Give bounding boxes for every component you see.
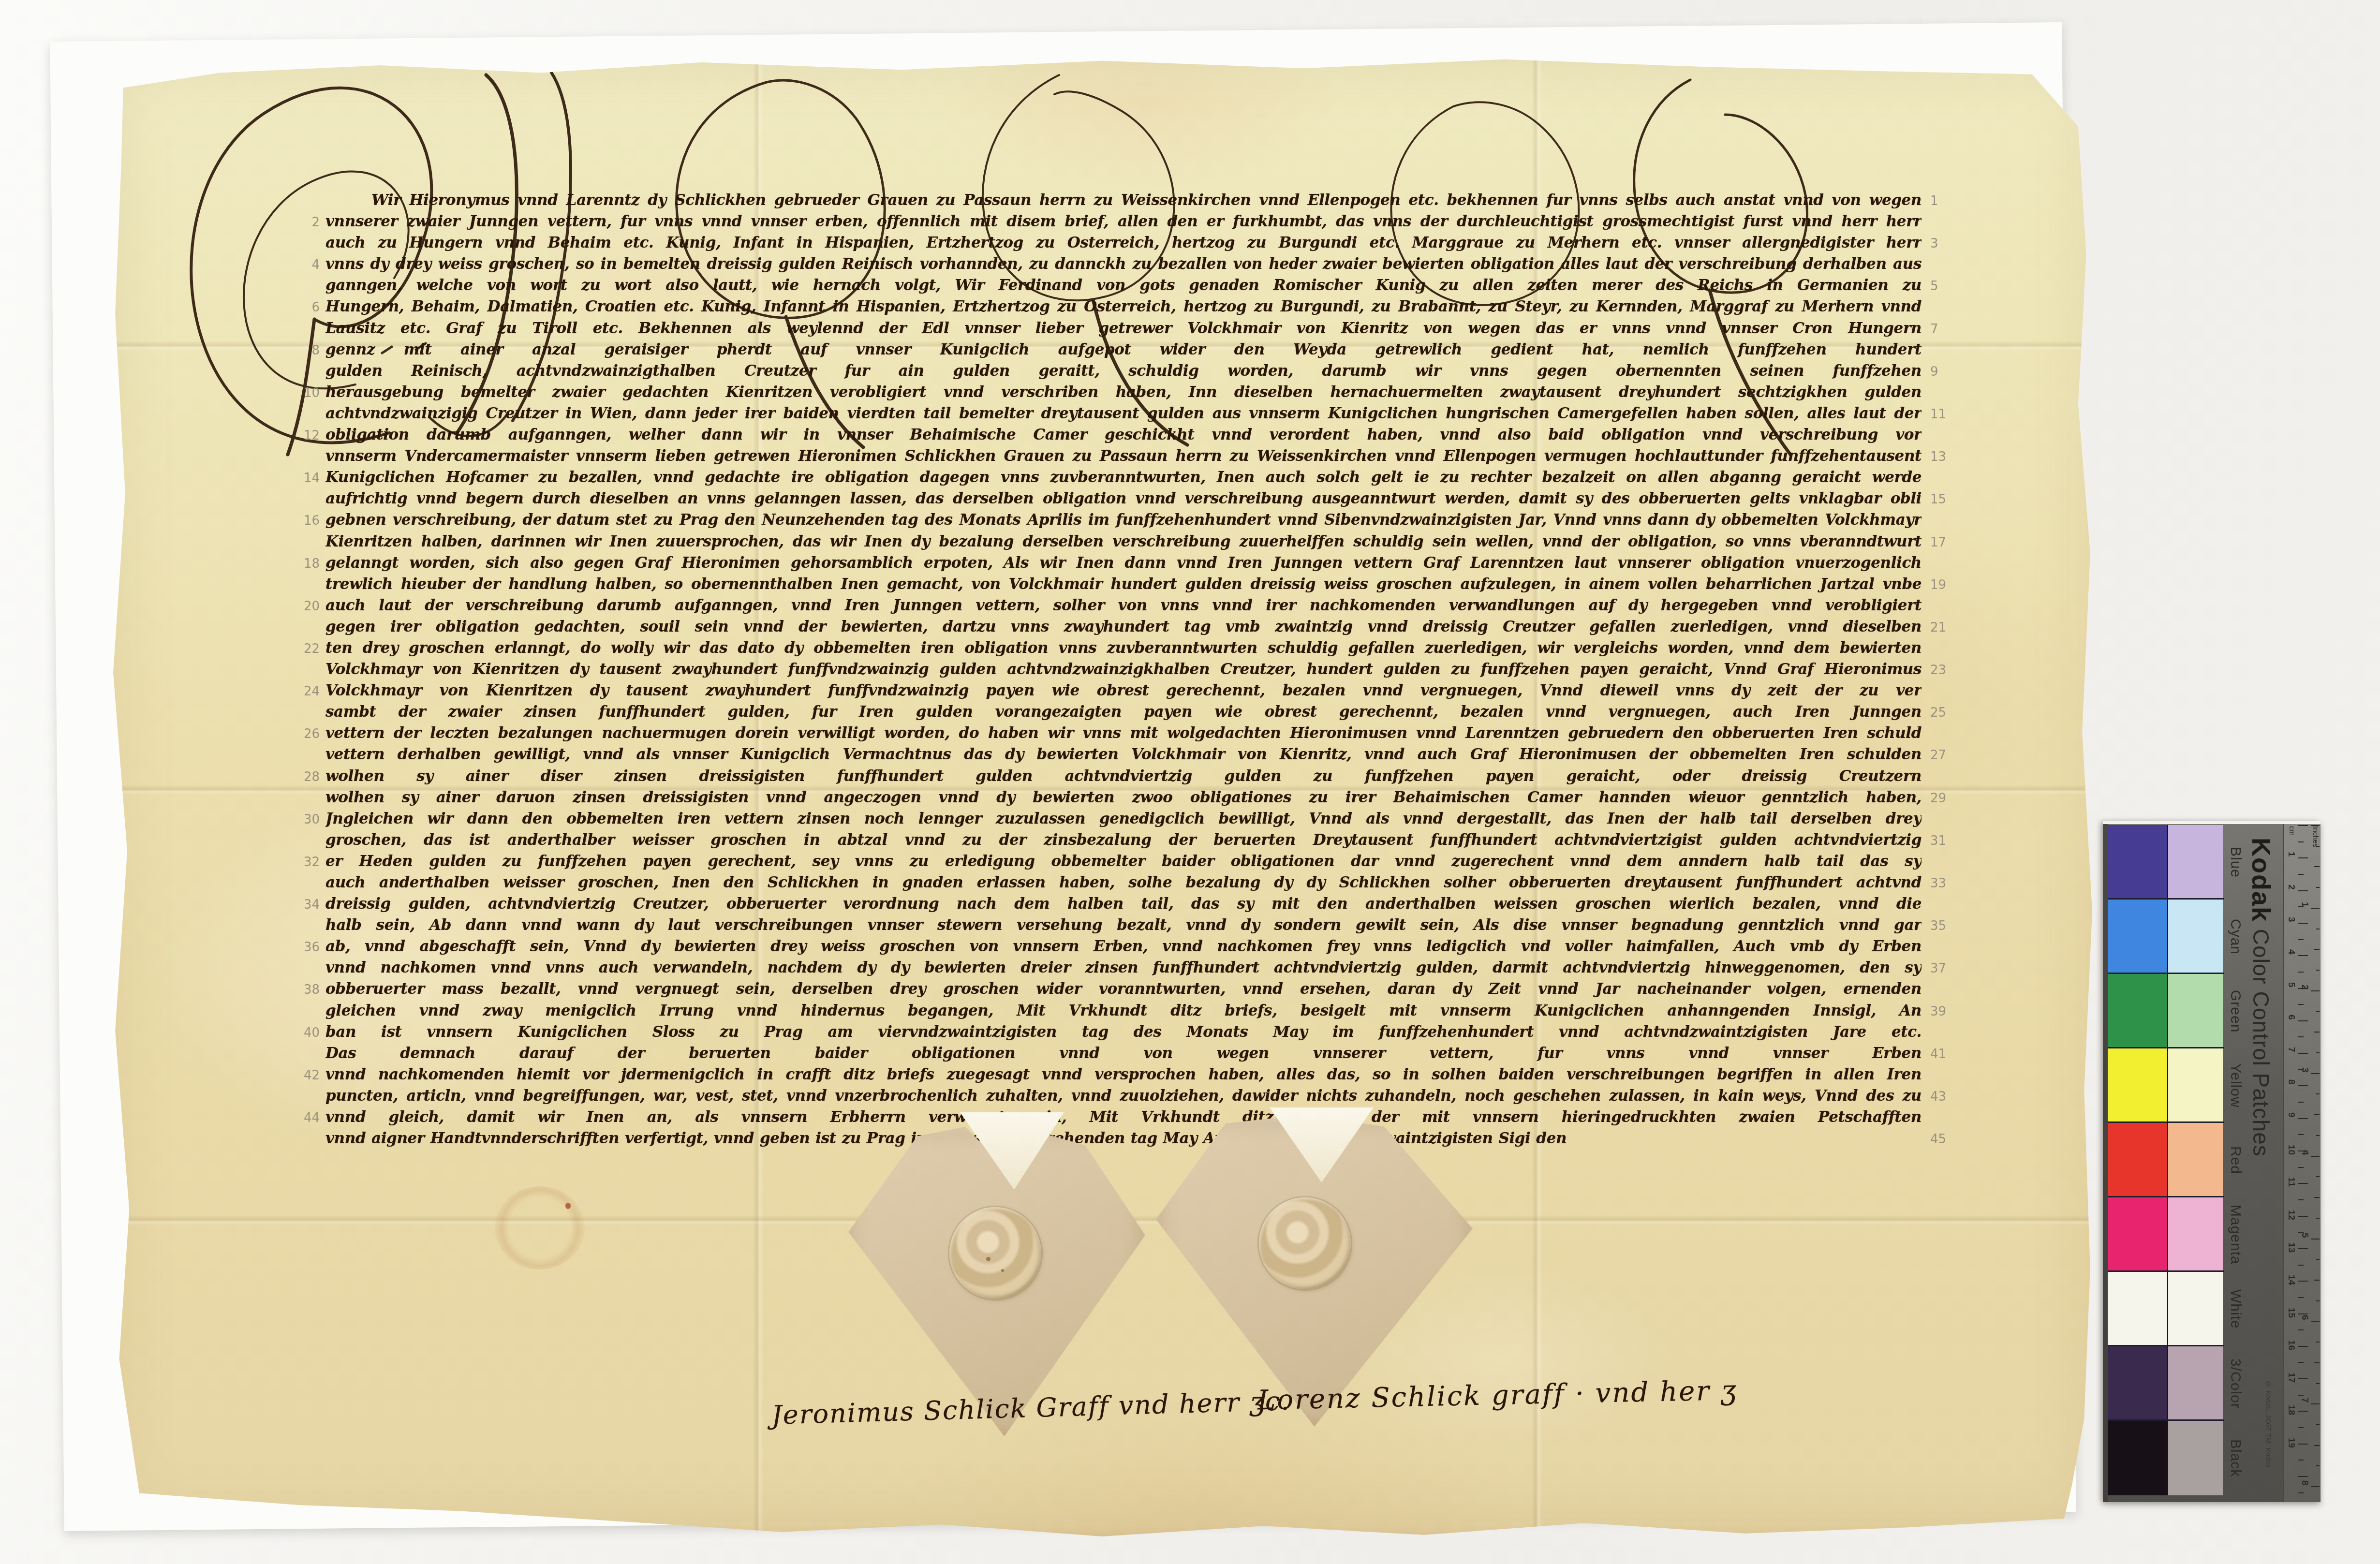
line-number-right: 5 <box>1922 279 1975 294</box>
line-number-right: 29 <box>1922 791 1975 806</box>
ruler-tick-cm <box>2298 1134 2304 1135</box>
manuscript-line: vnnd aigner Handtvnnderschrifften verfer… <box>296 1128 1975 1149</box>
manuscript-line-text: Das demnach darauf der beruerten baider … <box>325 1042 1922 1064</box>
manuscript-line-text: gegen irer obligation gedachten, souil s… <box>325 616 1922 638</box>
line-number-left: 26 <box>296 727 325 741</box>
line-number-left: 32 <box>296 855 325 870</box>
manuscript-line: 28wolhen sy ainer diser zinsen dreissigi… <box>296 766 1975 787</box>
manuscript-line-text: vnnd nachkomen vnnd vnns auch verwandeln… <box>325 957 1922 979</box>
line-number-left: 40 <box>296 1026 325 1040</box>
ruler-tick-cm <box>2298 1411 2308 1412</box>
line-number-right: 41 <box>1922 1047 1975 1062</box>
color-patch-tint-3/color <box>2168 1346 2223 1419</box>
manuscript-line: 20auch laut der verschreibung darumb auf… <box>296 595 1975 616</box>
ruler-tick-cm <box>2298 1118 2308 1119</box>
manuscript-line: Kienritzen halben, darinnen wir Inen zuu… <box>296 531 1975 552</box>
ruler-tick-cm <box>2298 1167 2304 1168</box>
manuscript-line-text: aufrichtig vnnd begern durch dieselben a… <box>325 487 1922 510</box>
line-number-right: 39 <box>1922 1004 1975 1019</box>
manuscript-line: 4vnns dy drey weiss groschen, so in beme… <box>296 253 1975 275</box>
ruler-number-inch: 3 <box>2299 1067 2310 1073</box>
manuscript-line-text: Kunigclichen Hofcamer zu bezallen, vnnd … <box>325 466 1922 488</box>
ruler-number-cm: 17 <box>2286 1372 2296 1383</box>
patch-label: Blue <box>2226 825 2245 900</box>
ruler-tick-cm <box>2298 1313 2308 1314</box>
line-number-left: 34 <box>296 898 325 912</box>
color-patch-yellow <box>2108 1048 2168 1121</box>
ruler-tick-cm <box>2298 1460 2304 1461</box>
ruler-tick-inch <box>2316 1465 2320 1466</box>
manuscript-line-text: Kienritzen halben, darinnen wir Inen zuu… <box>325 531 1922 553</box>
manuscript-line-text: auch anderthalben weisser groschen, Inen… <box>325 871 1922 894</box>
ruler-tick-cm <box>2298 1427 2304 1428</box>
kodak-logo: Kodak <box>2247 838 2276 922</box>
ruler-tick-inch <box>2316 1218 2320 1219</box>
ruler-tick-cm <box>2298 825 2308 826</box>
manuscript-line: 36ab, vnnd abgeschafft sein, Vnnd dy bew… <box>296 936 1975 957</box>
ruler-tick-cm <box>2298 1248 2308 1249</box>
ruler-tick-inch <box>2316 970 2320 971</box>
ruler-number-cm: 9 <box>2286 1112 2296 1118</box>
manuscript-line: trewlich hieuber der handlung halben, so… <box>296 574 1975 595</box>
color-patch-tint-cyan <box>2168 900 2223 973</box>
manuscript-text-block: Wir Hieronymus vnnd Larenntz dy Schlickh… <box>296 190 1975 1149</box>
ruler-tick-inch <box>2314 1280 2320 1281</box>
line-number-left: 30 <box>296 812 325 827</box>
line-number-left: 20 <box>296 599 325 614</box>
manuscript-line-text: trewlich hieuber der handlung halben, so… <box>325 573 1922 595</box>
manuscript-line-text: halb sein, Ab dann vnnd wann dy laut ver… <box>325 914 1922 936</box>
manuscript-line: sambt der zwaier zinsen funffhundert gul… <box>296 701 1975 723</box>
manuscript-line-text: Wir Hieronymus vnnd Larenntz dy Schlickh… <box>325 189 1922 211</box>
color-patch-row <box>2108 1048 2224 1123</box>
ruler-number-cm: 16 <box>2286 1340 2296 1350</box>
color-patch-row <box>2108 1123 2224 1197</box>
manuscript-line-text: wolhen sy ainer daruon zinsen dreissigis… <box>325 786 1922 809</box>
ruler-tick-cm <box>2298 1395 2304 1396</box>
ruler-number-cm: 8 <box>2286 1079 2296 1085</box>
line-number-right: 11 <box>1922 407 1975 422</box>
manuscript-line: halb sein, Ab dann vnnd wann dy laut ver… <box>296 915 1975 936</box>
color-patch-row <box>2108 974 2224 1048</box>
line-number-left: 24 <box>296 684 325 699</box>
color-patch-3/color <box>2108 1346 2168 1419</box>
manuscript-line: vettern derhalben gewilligt, vnnd als vn… <box>296 744 1975 765</box>
ruler-tick-cm <box>2298 1102 2304 1103</box>
ruler-tick-cm <box>2298 1199 2304 1200</box>
manuscript-line-text: ganngen, welche von wort zu wort also la… <box>325 274 1922 296</box>
line-number-right: 43 <box>1922 1090 1975 1104</box>
ruler-tick-inch <box>2311 1321 2320 1322</box>
ruler-tick-cm <box>2298 1476 2308 1477</box>
line-number-left: 2 <box>296 215 325 230</box>
manuscript-line-text: gebnen verschreibung, der datum stet zu … <box>325 509 1922 531</box>
color-patch-row <box>2108 900 2224 974</box>
ruler-number-cm: 18 <box>2286 1405 2296 1415</box>
line-number-right: 21 <box>1922 620 1975 635</box>
ruler-tick-inch <box>2314 1114 2320 1115</box>
manuscript-line: 8gennz mit ainer anzal geraisiger pherdt… <box>296 339 1975 360</box>
manuscript-line-text: obberuerter mass bezallt, vnnd vergnuegt… <box>325 978 1922 1001</box>
ruler-tick-inch <box>2316 1383 2320 1384</box>
ruler-number-inch: 6 <box>2299 1315 2310 1320</box>
manuscript-line: groschen, das ist anderthalber weisser g… <box>296 829 1975 851</box>
ruler-tick-cm <box>2298 923 2308 924</box>
ruler-number-inch: 7 <box>2299 1398 2310 1403</box>
ruler-number-cm: 13 <box>2286 1242 2296 1253</box>
manuscript-line-text: Volckhmayr von Kienritzen dy tausent zwa… <box>325 679 1922 702</box>
manuscript-line: 34dreissig gulden, achtvndviertzig Creut… <box>296 893 1975 915</box>
manuscript-line: Das demnach darauf der beruerten baider … <box>296 1043 1975 1064</box>
ruler-tick-cm <box>2298 939 2304 940</box>
patch-label: Cyan <box>2226 900 2245 974</box>
manuscript-line: aufrichtig vnnd begern durch dieselben a… <box>296 488 1975 509</box>
ruler-number-cm: 7 <box>2286 1047 2296 1052</box>
color-patch-row <box>2108 1197 2224 1272</box>
color-patch-row <box>2108 1272 2224 1346</box>
line-number-left: 4 <box>296 258 325 272</box>
ruler-tick-cm <box>2298 1036 2304 1037</box>
ruler-tick-inch <box>2311 1073 2320 1074</box>
ruler-tick-cm <box>2298 857 2308 858</box>
ruler-number-inch: 2 <box>2299 985 2310 990</box>
ruler-tick-cm <box>2298 1216 2308 1217</box>
ruler-unit-cm: cm <box>2288 826 2296 836</box>
manuscript-line: 42vnnd nachkomenden hiemit vor jdermenig… <box>296 1064 1975 1085</box>
manuscript-line-text: vnnd nachkomenden hiemit vor jdermenigcl… <box>325 1063 1922 1086</box>
ruler-tick-inch <box>2316 1424 2320 1425</box>
manuscript-line: 14Kunigclichen Hofcamer zu bezallen, vnn… <box>296 467 1975 488</box>
color-patch-row <box>2108 1421 2224 1495</box>
line-number-left: 18 <box>296 557 325 571</box>
color-patch-tint-magenta <box>2168 1197 2223 1270</box>
ruler-tick-inch <box>2311 825 2320 826</box>
ruler-number-cm: 1 <box>2286 852 2296 857</box>
color-patch-tint-black <box>2168 1421 2223 1495</box>
line-number-right: 17 <box>1922 535 1975 550</box>
manuscript-line-text: wolhen sy ainer diser zinsen dreissigist… <box>325 765 1922 787</box>
ruler-tick-cm <box>2298 1329 2304 1330</box>
patch-label: Black <box>2226 1421 2245 1495</box>
manuscript-line: wolhen sy ainer daruon zinsen dreissigis… <box>296 787 1975 808</box>
line-number-right: 27 <box>1922 748 1975 763</box>
manuscript-line: vnnd nachkomen vnnd vnns auch verwandeln… <box>296 957 1975 978</box>
manuscript-line-text: gleichen vnnd zway menigclich Irrung vnn… <box>325 1000 1922 1022</box>
copyright-text: © Kodak, 2007 TM: Kodak <box>2264 1380 2272 1468</box>
manuscript-line: 6Hungern, Behaim, Dalmatien, Croatien et… <box>296 296 1975 317</box>
manuscript-line: 40ban ist vnnsern Kunigclichen Sloss zu … <box>296 1021 1975 1043</box>
line-number-right: 19 <box>1922 578 1975 592</box>
ruler-tick-cm <box>2298 1085 2308 1086</box>
line-number-left: 6 <box>296 300 325 315</box>
manuscript-line: auch zu Hungern vnnd Behaim etc. Kunig, … <box>296 232 1975 253</box>
line-number-right: 37 <box>1922 961 1975 976</box>
ruler-tick-cm <box>2298 955 2308 956</box>
manuscript-line-text: ban ist vnnsern Kunigclichen Sloss zu Pr… <box>325 1021 1922 1043</box>
line-number-left: 10 <box>296 386 325 400</box>
manuscript-line-text: vettern der leczten bezalungen nachuermu… <box>325 722 1922 744</box>
line-number-right: 3 <box>1922 236 1975 251</box>
line-number-right: 23 <box>1922 663 1975 678</box>
manuscript-line-text: ab, vnnd abgeschafft sein, Vnnd dy bewie… <box>325 935 1922 958</box>
line-number-right: 15 <box>1922 492 1975 507</box>
line-number-left: 28 <box>296 770 325 784</box>
line-number-right: 13 <box>1922 450 1975 464</box>
line-number-left: 8 <box>296 343 325 358</box>
manuscript-line: 38obberuerter mass bezallt, vnnd vergnue… <box>296 978 1975 1000</box>
manuscript-line: gulden Reinisch, achtvndzwainzigthalben … <box>296 360 1975 382</box>
manuscript-line-text: er Heden gulden zu funffzehen payen gere… <box>325 850 1922 872</box>
strip-title-rest: Color Control Patches <box>2248 922 2274 1157</box>
line-number-left: 12 <box>296 428 325 443</box>
manuscript-line-text: vnnd aigner Handtvnnderschrifften verfer… <box>325 1127 1922 1150</box>
color-patch-tint-red <box>2168 1123 2223 1196</box>
manuscript-line-text: Lausitz etc. Graf zu Tiroll etc. Bekhenn… <box>325 317 1922 339</box>
ruler-tick-cm <box>2298 874 2304 875</box>
scanned-charter-photo: Wir Hieronymus vnnd Larenntz dy Schlickh… <box>0 0 2380 1564</box>
ruler-number-inch: 1 <box>2299 902 2310 907</box>
color-patch-tint-blue <box>2168 825 2223 898</box>
line-number-left: 36 <box>296 940 325 955</box>
manuscript-line-text: groschen, das ist anderthalber weisser g… <box>325 829 1922 851</box>
line-number-left: 16 <box>296 514 325 528</box>
ruler-number-cm: 11 <box>2286 1177 2296 1187</box>
ruler-tick-inch <box>2311 990 2320 991</box>
color-patch-red <box>2108 1123 2168 1196</box>
manuscript-line: vnnserm Vndercamermaister vnnserm lieben… <box>296 445 1975 467</box>
ruler-tick-inch <box>2314 949 2320 950</box>
ruler-tick-inch <box>2314 866 2320 867</box>
color-patch-magenta <box>2108 1197 2168 1270</box>
strip-edge-shadow <box>2103 824 2108 1502</box>
line-number-right: 31 <box>1922 834 1975 848</box>
ruler-tick-inch <box>2316 1011 2320 1012</box>
ruler-tick-inch <box>2314 1445 2320 1446</box>
manuscript-line: 26vettern der leczten bezalungen nachuer… <box>296 723 1975 744</box>
line-number-right: 1 <box>1922 194 1975 208</box>
ruler-number-cm: 3 <box>2286 917 2296 922</box>
ruler-number-cm: 19 <box>2286 1438 2296 1448</box>
ruler-tick-cm <box>2298 1346 2308 1347</box>
ruler-number-inch: 5 <box>2299 1233 2310 1238</box>
manuscript-line-text: puncten, articln, vnnd begreiffungen, wa… <box>325 1085 1922 1107</box>
manuscript-line: 30Jngleichen wir dann den obbemelten ire… <box>296 808 1975 829</box>
manuscript-line-text: gennz mit ainer anzal geraisiger pherdt … <box>325 339 1922 361</box>
manuscript-line: 18gelanngt worden, sich also gegen Graf … <box>296 552 1975 574</box>
manuscript-line: 22ten drey groschen erlanngt, do wolly w… <box>296 637 1975 659</box>
ruler-tick-inch <box>2316 846 2320 847</box>
manuscript-line: achtvndzwainzigig Creutzer in Wien, dann… <box>296 403 1975 424</box>
line-number-left: 38 <box>296 983 325 997</box>
ruler-tick-cm <box>2298 1265 2304 1266</box>
ruler: cm Inches 123456789101112131415161718191… <box>2283 824 2321 1502</box>
ruler-tick-cm <box>2298 1281 2308 1282</box>
manuscript-line-text: Hungern, Behaim, Dalmatien, Croatien etc… <box>325 296 1922 318</box>
manuscript-line-text: vnnserer zwaier Junngen vettern, fur vnn… <box>325 210 1922 233</box>
color-patch-tint-green <box>2168 974 2223 1047</box>
line-number-left: 42 <box>296 1068 325 1083</box>
color-patch-green <box>2108 974 2168 1047</box>
manuscript-line-text: vnns dy drey weiss groschen, so in bemel… <box>325 253 1922 275</box>
ruler-tick-inch <box>2314 1197 2320 1198</box>
line-number-left: 22 <box>296 642 325 656</box>
ruler-tick-inch <box>2314 1362 2320 1363</box>
strip-title: Kodak Color Control Patches <box>2246 838 2276 1157</box>
ruler-tick-inch <box>2316 1093 2320 1094</box>
ruler-tick-inch <box>2311 1486 2320 1487</box>
manuscript-line-text: vnnserm Vndercamermaister vnnserm lieben… <box>325 445 1922 467</box>
ruler-tick-inch <box>2316 1052 2320 1053</box>
ruler-tick-inch <box>2316 929 2320 930</box>
color-patch-columns <box>2108 825 2224 1495</box>
line-number-right: 33 <box>1922 876 1975 891</box>
ruler-tick-cm <box>2298 1297 2304 1298</box>
parchment-charter: Wir Hieronymus vnnd Larenntz dy Schlickh… <box>99 46 2106 1538</box>
seal-impression-icon <box>949 1207 1041 1299</box>
ruler-number-cm: 12 <box>2286 1210 2296 1220</box>
ruler-tick-cm <box>2298 1362 2304 1363</box>
manuscript-line: 32er Heden gulden zu funffzehen payen ge… <box>296 851 1975 872</box>
ruler-tick-cm <box>2298 1492 2304 1493</box>
manuscript-line-text: achtvndzwainzigig Creutzer in Wien, dann… <box>325 402 1922 425</box>
line-number-right: 45 <box>1922 1132 1975 1147</box>
ruler-tick-cm <box>2298 1053 2308 1054</box>
patch-label: 3/Color <box>2226 1346 2245 1421</box>
line-number-left: 44 <box>296 1111 325 1125</box>
ruler-number-cm: 6 <box>2286 1015 2296 1020</box>
ruler-tick-cm <box>2298 1444 2308 1445</box>
color-patch-white <box>2108 1272 2168 1345</box>
ruler-number-inch: 8 <box>2299 1480 2310 1486</box>
patch-label: Red <box>2226 1123 2245 1197</box>
manuscript-line: 2vnnserer zwaier Junngen vettern, fur vn… <box>296 211 1975 232</box>
manuscript-line-text: vettern derhalben gewilligt, vnnd als vn… <box>325 744 1922 766</box>
ruler-tick-inch <box>2316 1259 2320 1260</box>
ruler-tick-inch <box>2314 1032 2320 1033</box>
color-patch-row <box>2108 825 2224 900</box>
manuscript-line-text: dreissig gulden, achtvndviertzig Creutze… <box>325 893 1922 915</box>
ruler-tick-cm <box>2298 841 2304 842</box>
manuscript-line-text: herausgebung bemelter zwaier gedachten K… <box>325 381 1922 403</box>
line-number-right: 9 <box>1922 365 1975 379</box>
color-patch-cyan <box>2108 900 2168 973</box>
kodak-color-control-strip: BlueCyanGreenYellowRedMagentaWhite3/Colo… <box>2103 821 2321 1502</box>
manuscript-line: 16gebnen verschreibung, der datum stet z… <box>296 509 1975 531</box>
line-number-right: 7 <box>1922 322 1975 337</box>
patch-label: Yellow <box>2226 1048 2245 1123</box>
ruler-number-cm: 14 <box>2286 1275 2296 1285</box>
patch-label: Magenta <box>2226 1197 2245 1272</box>
patch-label: Green <box>2226 974 2245 1048</box>
manuscript-line-text: ten drey groschen erlanngt, do wolly wir… <box>325 637 1922 659</box>
ruler-tick-inch <box>2316 1342 2320 1343</box>
ruler-tick-cm <box>2298 890 2308 891</box>
ruler-tick-inch <box>2311 1156 2320 1157</box>
color-patch-tint-yellow <box>2168 1048 2223 1121</box>
ruler-number-cm: 15 <box>2286 1308 2296 1318</box>
ruler-tick-inch <box>2316 1135 2320 1136</box>
manuscript-line: 12obligation darumb aufganngen, welher d… <box>296 424 1975 445</box>
color-patch-row <box>2108 1346 2224 1421</box>
ruler-tick-inch <box>2311 908 2320 909</box>
manuscript-line-text: Jngleichen wir dann den obbemelten iren … <box>325 808 1922 830</box>
color-patch-black <box>2108 1421 2168 1495</box>
ruler-tick-inch <box>2316 887 2320 888</box>
manuscript-line-text: obligation darumb aufganngen, welher dan… <box>325 424 1922 446</box>
manuscript-line-text: gulden Reinisch, achtvndzwainzigthalben … <box>325 360 1922 382</box>
manuscript-line: gegen irer obligation gedachten, souil s… <box>296 616 1975 637</box>
line-number-right: 25 <box>1922 706 1975 720</box>
ruler-number-inch: 4 <box>2299 1150 2310 1155</box>
manuscript-line-text: auch zu Hungern vnnd Behaim etc. Kunig, … <box>325 232 1922 254</box>
ruler-number-cm: 5 <box>2286 982 2296 988</box>
ruler-number-cm: 2 <box>2286 885 2296 890</box>
manuscript-line: Wir Hieronymus vnnd Larenntz dy Schlickh… <box>296 190 1975 211</box>
manuscript-line: 44vnnd gleich, damit wir Inen an, als vn… <box>296 1107 1975 1128</box>
ruler-tick-inch <box>2316 1300 2320 1301</box>
manuscript-line: gleichen vnnd zway menigclich Irrung vnn… <box>296 1000 1975 1021</box>
ruler-tick-cm <box>2298 1004 2304 1005</box>
color-patch-blue <box>2108 825 2168 898</box>
manuscript-line: Volckhmayr von Kienritzen dy tausent zwa… <box>296 659 1975 680</box>
ruler-unit-inches: Inches <box>2311 826 2320 847</box>
line-number-right: 35 <box>1922 919 1975 933</box>
ruler-tick-inch <box>2311 1403 2320 1404</box>
patch-label: White <box>2226 1272 2245 1346</box>
ruler-tick-cm <box>2298 1183 2308 1184</box>
line-number-left: 14 <box>296 471 325 486</box>
ruler-tick-inch <box>2316 1176 2320 1177</box>
ruler-tick-cm <box>2298 1020 2308 1021</box>
manuscript-line: auch anderthalben weisser groschen, Inen… <box>296 872 1975 893</box>
manuscript-line-text: Volckhmayr von Kienritzen dy tausent zwa… <box>325 658 1922 680</box>
manuscript-line: 10herausgebung bemelter zwaier gedachten… <box>296 382 1975 403</box>
seal-impression-icon <box>1259 1197 1351 1289</box>
manuscript-line-text: gelanngt worden, sich also gegen Graf Hi… <box>325 552 1922 574</box>
manuscript-line-text: vnnd gleich, damit wir Inen an, als vnns… <box>325 1106 1922 1128</box>
ruler-tick-cm <box>2298 972 2304 973</box>
manuscript-line-text: sambt der zwaier zinsen funffhundert gul… <box>325 701 1922 723</box>
manuscript-line: Lausitz etc. Graf zu Tiroll etc. Bekhenn… <box>296 318 1975 339</box>
manuscript-line-text: auch laut der verschreibung darumb aufga… <box>325 594 1922 617</box>
manuscript-line: puncten, articln, vnnd begreiffungen, wa… <box>296 1085 1975 1107</box>
ruler-number-cm: 10 <box>2286 1145 2296 1155</box>
manuscript-line: ganngen, welche von wort zu wort also la… <box>296 275 1975 296</box>
manuscript-line: 24Volckhmayr von Kienritzen dy tausent z… <box>296 680 1975 701</box>
ruler-number-cm: 4 <box>2286 949 2296 955</box>
color-patch-tint-white <box>2168 1272 2223 1345</box>
ruler-tick-inch <box>2311 1239 2320 1239</box>
ruler-tick-cm <box>2298 1378 2308 1379</box>
